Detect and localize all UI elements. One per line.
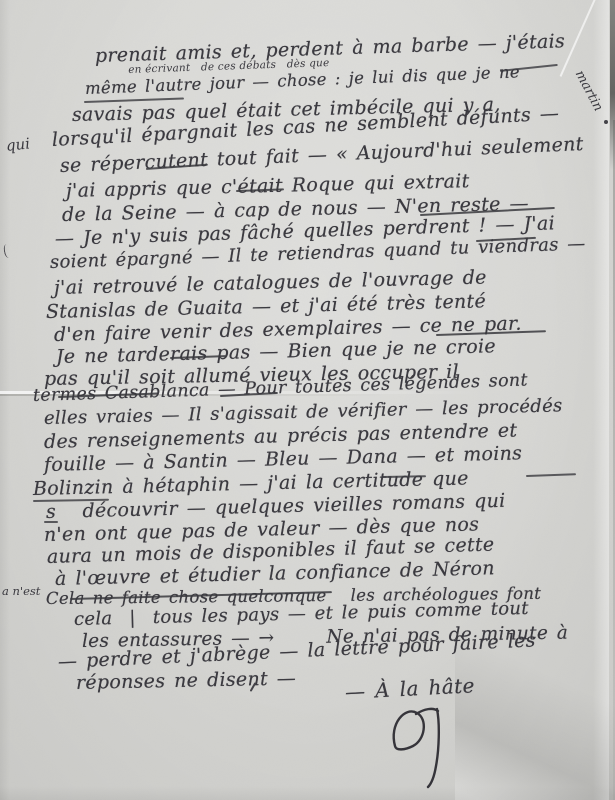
margin-note-qui: qui [5,134,31,154]
signature: Ap [383,702,453,790]
handwriting-line-28: réponses ne disent — [76,669,296,694]
margin-note-a-nest: a n'est [2,584,40,598]
paper-edge-shadow-left [0,0,10,800]
paper-edge-shadow-bottom [0,786,615,800]
closing-line: — À la hâte [344,673,475,704]
letter-page: prenait amis et, perdent à ma barbe — j'… [0,0,615,800]
ink-underline [526,473,576,477]
ink-underline [44,521,58,523]
signature-flourish [383,702,453,790]
ink-speck [604,120,608,124]
